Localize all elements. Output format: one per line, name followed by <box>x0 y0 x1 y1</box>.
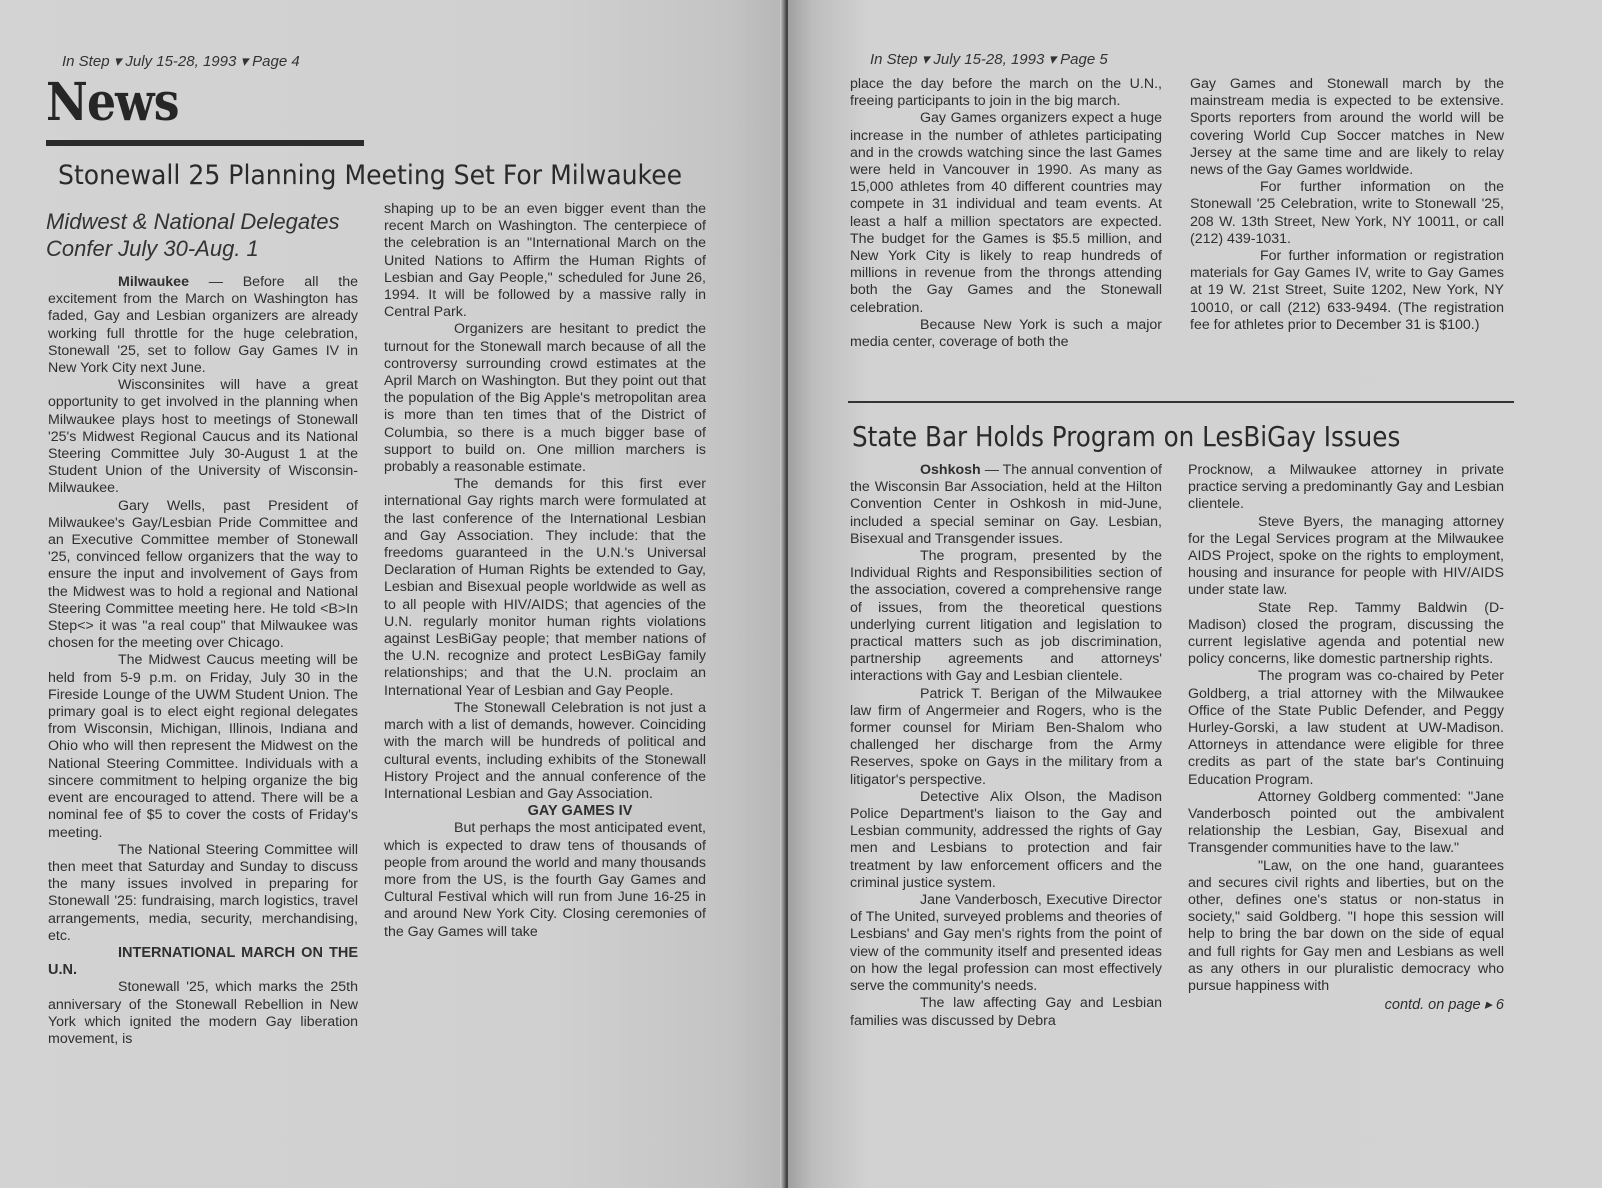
paragraph: Stonewall '25, which marks the 25th anni… <box>48 979 358 1048</box>
continued-on-page-link[interactable]: contd. on page ▸ 6 <box>1188 997 1504 1014</box>
deck: Midwest & National Delegates Confer July… <box>46 208 339 262</box>
paragraph: The Stonewall Celebration is not just a … <box>384 700 706 803</box>
section-rule <box>46 140 364 146</box>
paragraph: place the day before the march on the U.… <box>850 76 1162 110</box>
dateline: Oshkosh <box>920 462 981 478</box>
dateline: Milwaukee <box>118 274 189 290</box>
continued-column-1: place the day before the march on the U.… <box>850 76 1162 351</box>
paragraph: Wisconsinites will have a great opportun… <box>48 377 358 497</box>
paragraph: State Rep. Tammy Baldwin (D-Madison) clo… <box>1188 600 1504 669</box>
subhead-gay-games: GAY GAMES IV <box>384 803 706 820</box>
paragraph: Jane Vanderbosch, Executive Director of … <box>850 892 1162 995</box>
paragraph: Steve Byers, the managing attorney for t… <box>1188 514 1504 600</box>
subhead-international-march: INTERNATIONAL MARCH ON THE U.N. <box>48 945 358 979</box>
magazine-spread: In Step ▾ July 15-28, 1993 ▾ Page 4 News… <box>0 0 1602 1188</box>
paragraph: Detective Alix Olson, the Madison Police… <box>850 789 1162 892</box>
paragraph: For further information or registration … <box>1190 248 1504 334</box>
paragraph: "Law, on the one hand, guarantees and se… <box>1188 858 1504 996</box>
paragraph: Oshkosh — The annual convention of the W… <box>850 462 1162 548</box>
paragraph: The National Steering Committee will the… <box>48 842 358 945</box>
paragraph: For further information on the Stonewall… <box>1190 179 1504 248</box>
deck-line-2: Confer July 30-Aug. 1 <box>46 235 339 262</box>
paragraph: The program, presented by the Individual… <box>850 548 1162 686</box>
page-4: In Step ▾ July 15-28, 1993 ▾ Page 4 News… <box>0 0 788 1188</box>
article-divider <box>848 401 1514 403</box>
article-column-2: shaping up to be an even bigger event th… <box>384 201 706 941</box>
article-column-1: Milwaukee — Before all the excitement fr… <box>48 274 358 1048</box>
deck-line-1: Midwest & National Delegates <box>46 208 339 235</box>
paragraph: Gay Games and Stonewall march by the mai… <box>1190 76 1504 179</box>
paragraph: Gary Wells, past President of Milwaukee'… <box>48 498 358 653</box>
paragraph: The demands for this first ever internat… <box>384 476 706 700</box>
paragraph: Gay Games organizers expect a huge incre… <box>850 110 1162 316</box>
paragraph: Organizers are hesitant to predict the t… <box>384 321 706 476</box>
paragraph: Attorney Goldberg commented: "Jane Vande… <box>1188 789 1504 858</box>
paragraph: shaping up to be an even bigger event th… <box>384 201 706 321</box>
headline-stonewall: Stonewall 25 Planning Meeting Set For Mi… <box>58 160 682 191</box>
continued-column-2: Gay Games and Stonewall march by the mai… <box>1190 76 1504 334</box>
folio-page-4: In Step ▾ July 15-28, 1993 ▾ Page 4 <box>62 52 300 70</box>
paragraph: The program was co-chaired by Peter Gold… <box>1188 668 1504 788</box>
paragraph: The Midwest Caucus meeting will be held … <box>48 652 358 841</box>
paragraph: Milwaukee — Before all the excitement fr… <box>48 274 358 377</box>
paragraph: But perhaps the most anticipated event, … <box>384 820 706 940</box>
state-bar-column-2: Procknow, a Milwaukee attorney in privat… <box>1188 462 1504 1015</box>
headline-state-bar: State Bar Holds Program on LesBiGay Issu… <box>852 420 1400 453</box>
folio-page-5: In Step ▾ July 15-28, 1993 ▾ Page 5 <box>870 50 1108 68</box>
paragraph: Because New York is such a major media c… <box>850 317 1162 351</box>
paragraph: Patrick T. Berigan of the Milwaukee law … <box>850 686 1162 789</box>
paragraph: The law affecting Gay and Lesbian famili… <box>850 995 1162 1029</box>
paragraph: Procknow, a Milwaukee attorney in privat… <box>1188 462 1504 514</box>
section-title: News <box>46 72 179 133</box>
state-bar-column-1: Oshkosh — The annual convention of the W… <box>850 462 1162 1030</box>
